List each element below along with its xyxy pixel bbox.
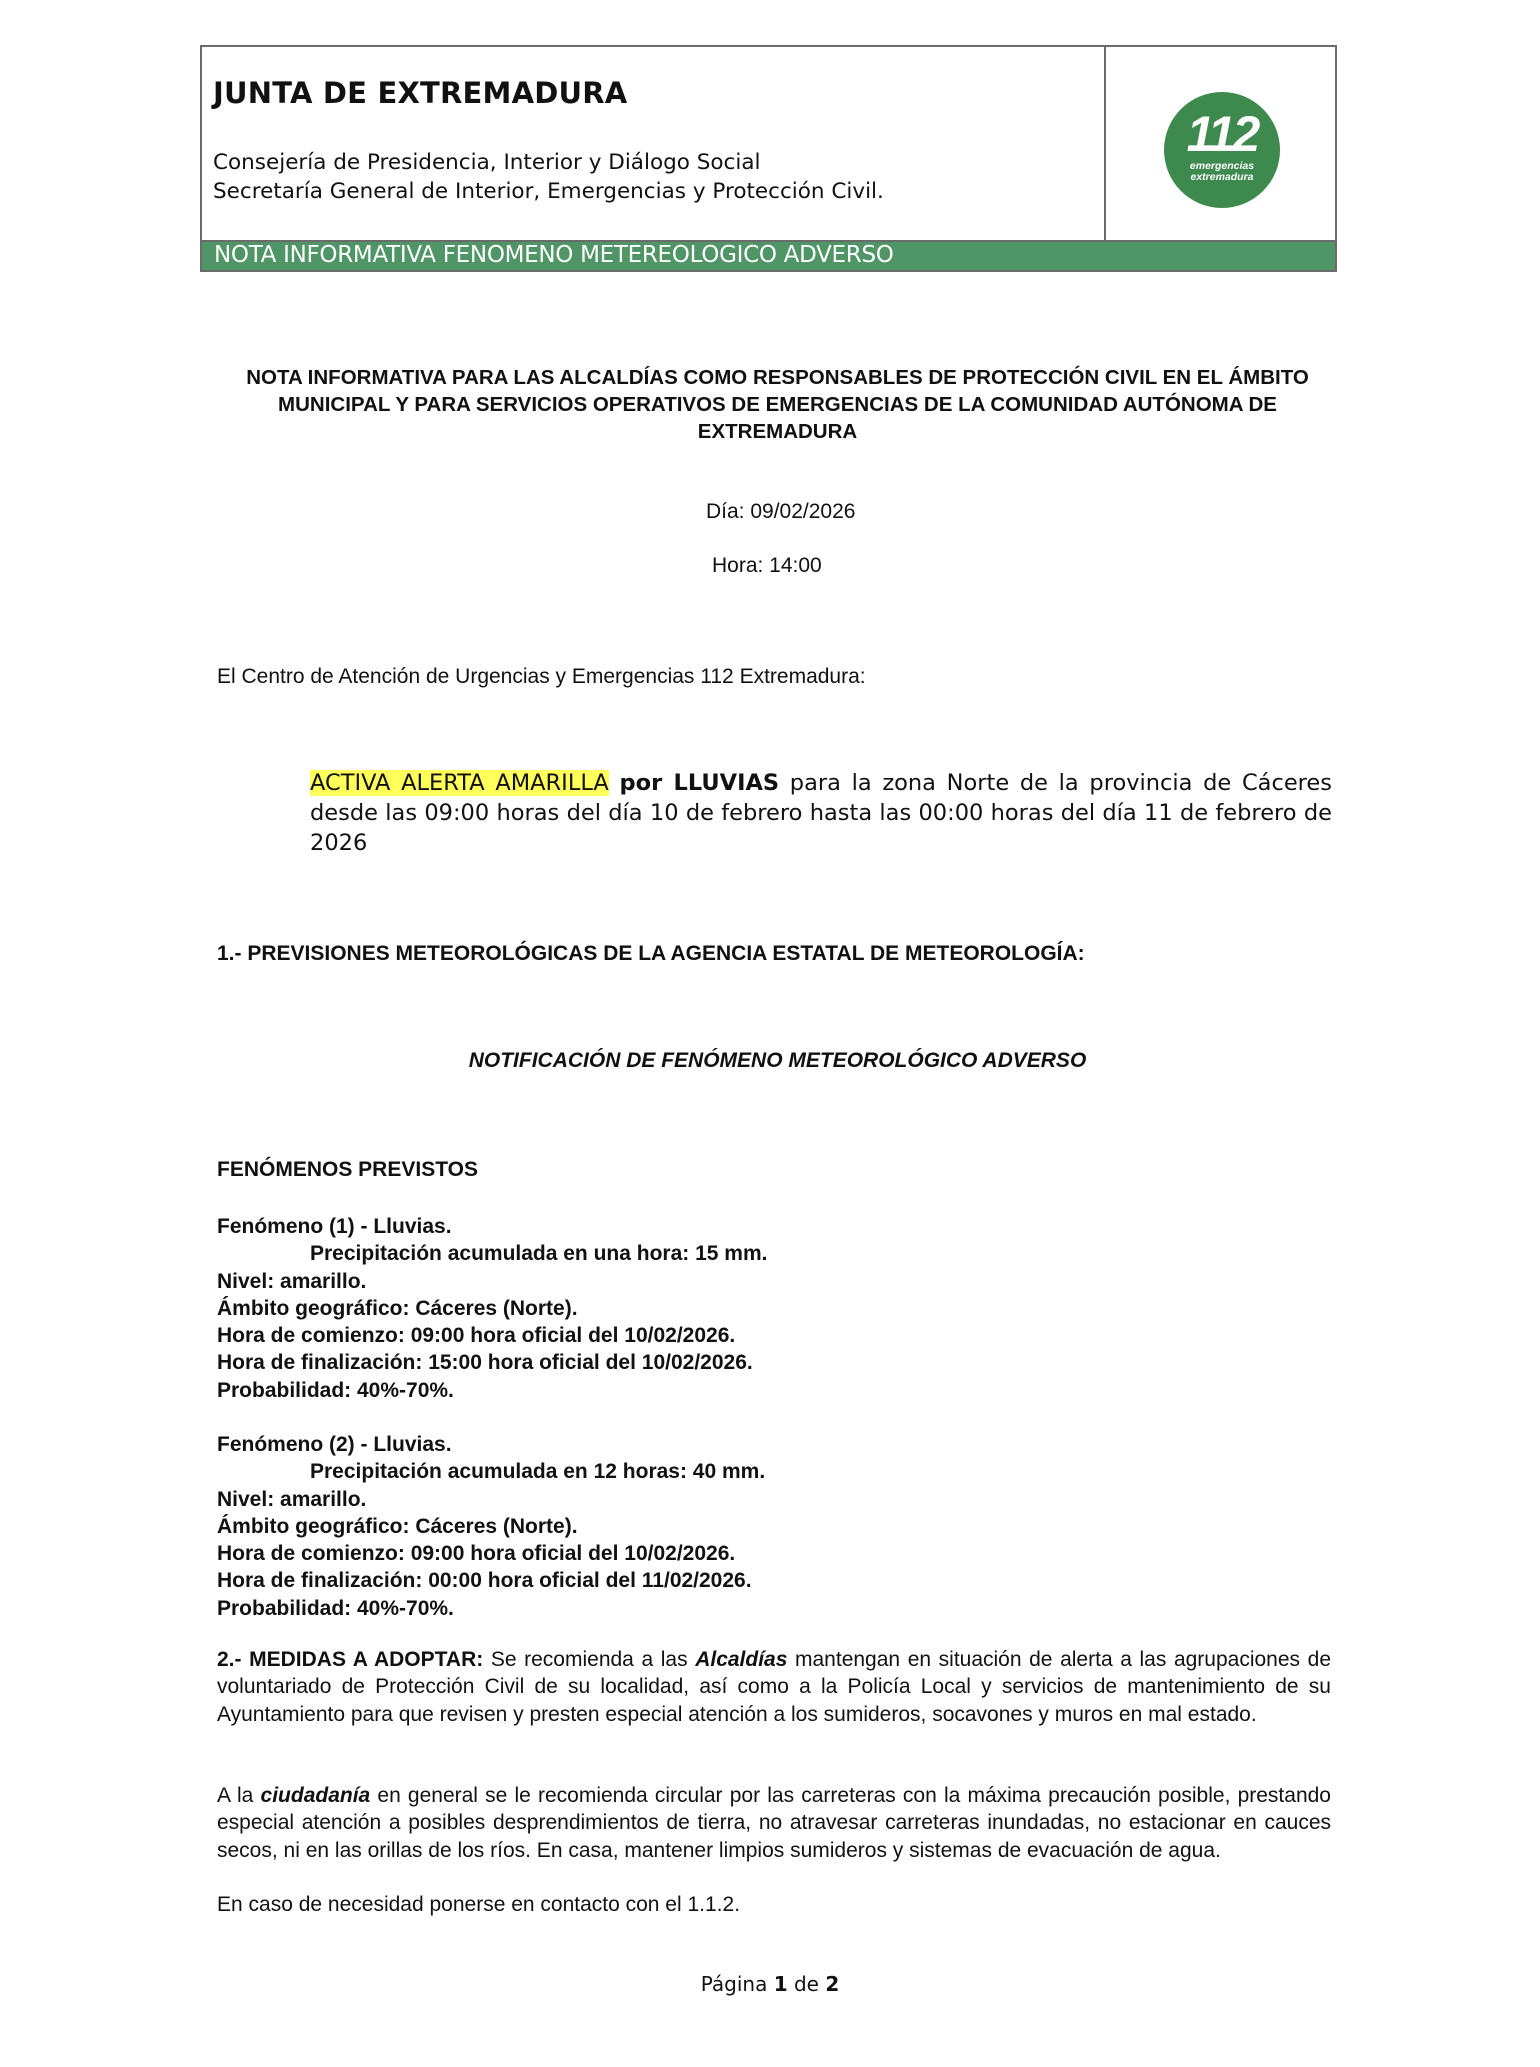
contact-line: En caso de necesidad ponerse en contacto… (217, 1891, 740, 1918)
phenomenon-area: Ámbito geográfico: Cáceres (Norte). (217, 1295, 767, 1322)
phenomenon-end: Hora de finalización: 00:00 hora oficial… (217, 1567, 765, 1594)
intro-text: El Centro de Atención de Urgencias y Eme… (217, 665, 866, 689)
page-current: 1 (774, 1972, 788, 1996)
page-total: 2 (825, 1972, 839, 1996)
phenomenon-1: Fenómeno (1) - Lluvias. Precipitación ac… (217, 1213, 767, 1404)
issue-date: Día: 09/02/2026 (706, 500, 855, 524)
alert-statement: ACTIVA ALERTA AMARILLA por LLUVIAS para … (310, 768, 1332, 858)
phenomenon-probability: Probabilidad: 40%-70%. (217, 1595, 765, 1622)
phenomenon-title: Fenómeno (1) - Lluvias. (217, 1213, 767, 1240)
phenomenon-title: Fenómeno (2) - Lluvias. (217, 1431, 765, 1458)
logo-line-2: extremadura (1164, 171, 1280, 183)
citizen-text: en general se le recomienda circular por… (217, 1784, 1331, 1862)
section-2-emphasis: Alcaldías (695, 1648, 787, 1671)
citizen-recommendations: A la ciudadanía en general se le recomie… (217, 1782, 1331, 1864)
department-line-2: Secretaría General de Interior, Emergenc… (213, 179, 884, 204)
citizen-emphasis: ciudadanía (261, 1784, 371, 1807)
emergencias-112-logo-icon: 112 emergencias extremadura (1164, 92, 1280, 208)
phenomenon-level: Nivel: amarillo. (217, 1486, 765, 1513)
phenomena-title: FENÓMENOS PREVISTOS (217, 1158, 478, 1182)
org-title: JUNTA DE EXTREMADURA (213, 76, 627, 110)
section-1-title: 1.- PREVISIONES METEOROLÓGICAS DE LA AGE… (217, 942, 1085, 966)
page-number: Página 1 de 2 (0, 1972, 1540, 1996)
phenomenon-start: Hora de comienzo: 09:00 hora oficial del… (217, 1540, 765, 1567)
header-divider (1104, 45, 1106, 240)
section-2-label: 2.- MEDIDAS A ADOPTAR: (217, 1648, 483, 1671)
phenomenon-level: Nivel: amarillo. (217, 1268, 767, 1295)
section-2-text: Se recomienda a las (483, 1648, 695, 1671)
citizen-text: A la (217, 1784, 261, 1807)
alert-phenomenon: por LLUVIAS (620, 770, 780, 796)
notification-title: NOTIFICACIÓN DE FENÓMENO METEOROLÓGICO A… (210, 1049, 1345, 1073)
logo-number: 112 (1164, 106, 1280, 162)
department-line-1: Consejería de Presidencia, Interior y Di… (213, 150, 760, 175)
phenomenon-end: Hora de finalización: 15:00 hora oficial… (217, 1349, 767, 1376)
page-label: Página (701, 1972, 768, 1996)
section-2-measures: 2.- MEDIDAS A ADOPTAR: Se recomienda a l… (217, 1646, 1331, 1728)
phenomenon-precipitation: Precipitación acumulada en una hora: 15 … (217, 1240, 767, 1267)
alert-highlight: ACTIVA ALERTA AMARILLA (310, 770, 609, 796)
phenomenon-probability: Probabilidad: 40%-70%. (217, 1377, 767, 1404)
issue-time: Hora: 14:00 (712, 554, 822, 578)
header-band-text: NOTA INFORMATIVA FENOMENO METEREOLOGICO … (214, 240, 894, 270)
page-sep: de (794, 1972, 819, 1996)
phenomenon-2: Fenómeno (2) - Lluvias. Precipitación ac… (217, 1431, 765, 1622)
phenomenon-area: Ámbito geográfico: Cáceres (Norte). (217, 1513, 765, 1540)
phenomenon-precipitation: Precipitación acumulada en 12 horas: 40 … (217, 1458, 765, 1485)
document-heading: NOTA INFORMATIVA PARA LAS ALCALDÍAS COMO… (210, 364, 1345, 445)
phenomenon-start: Hora de comienzo: 09:00 hora oficial del… (217, 1322, 767, 1349)
